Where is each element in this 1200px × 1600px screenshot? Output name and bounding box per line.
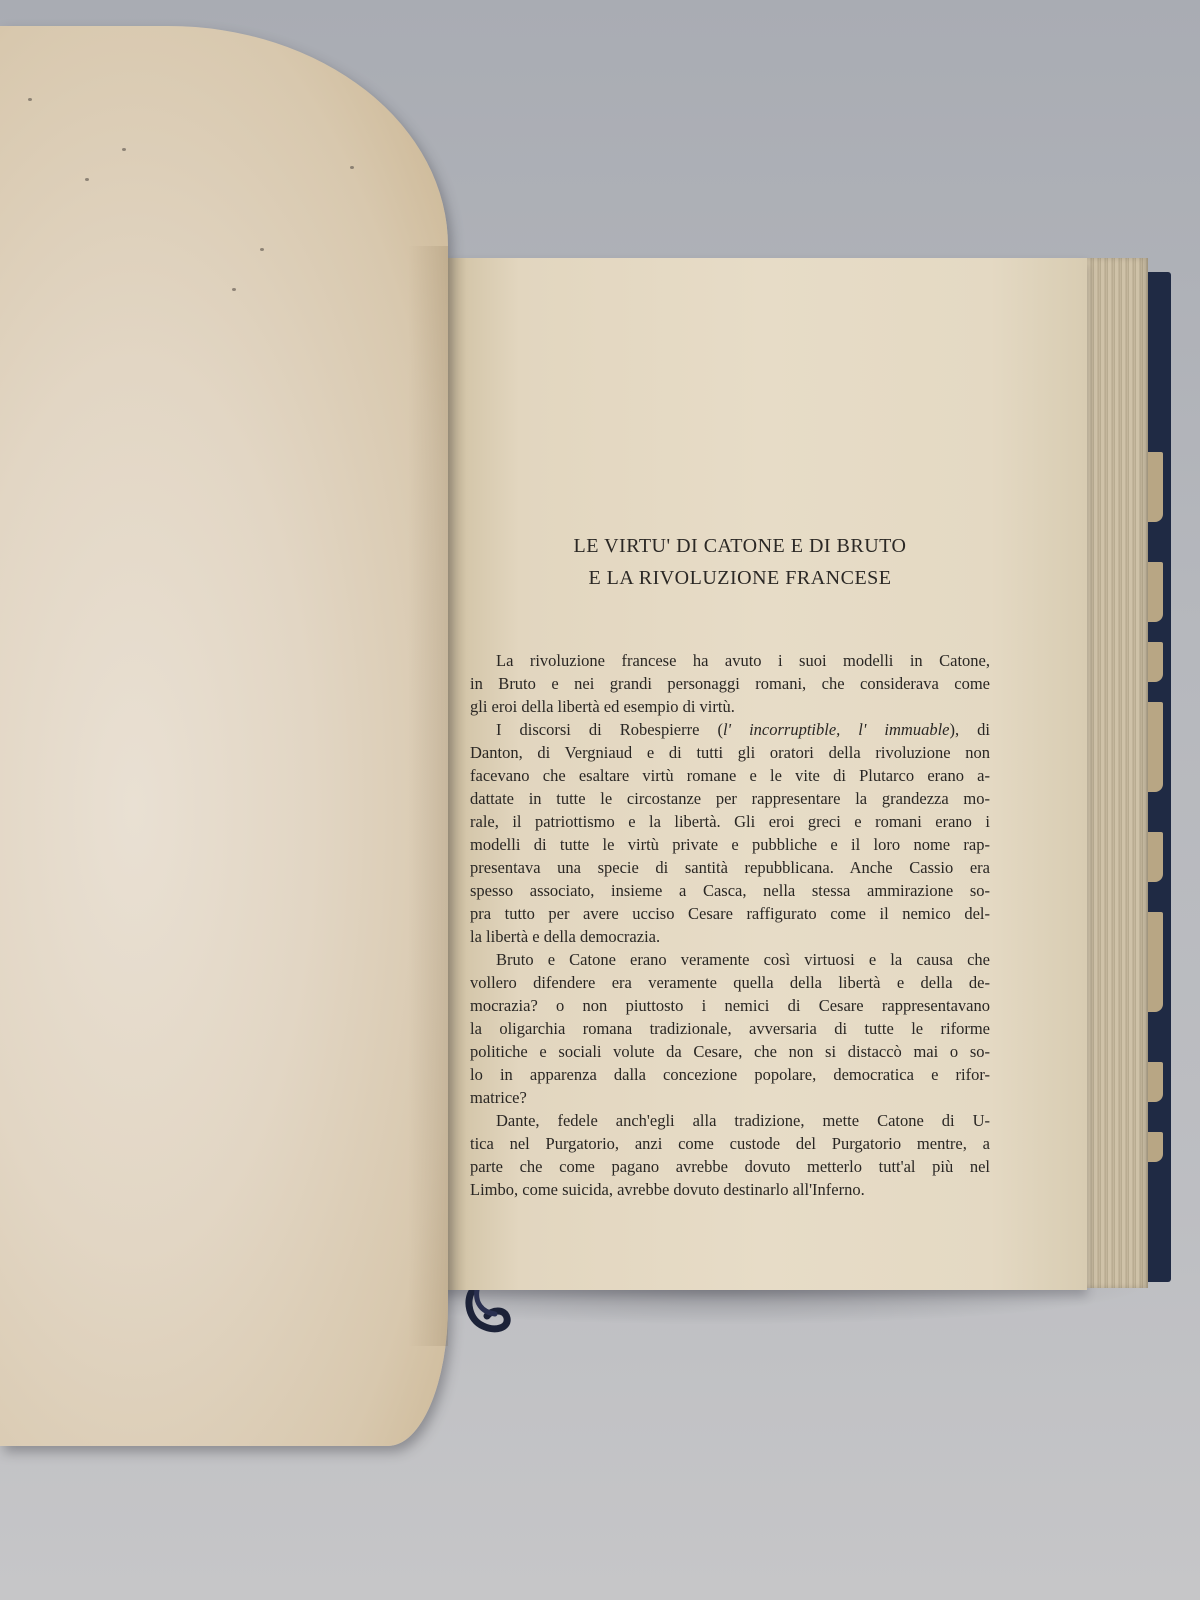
body-text: La rivoluzione francese ha avuto i suoi … — [470, 649, 990, 1201]
text-line: Limbo, come suicida, avrebbe dovuto dest… — [470, 1178, 990, 1201]
text-line: pra tutto per avere ucciso Cesare raffig… — [470, 902, 990, 925]
text-line: facevano che esaltare virtù romane e le … — [470, 764, 990, 787]
page-text: LE VIRTU' DI CATONE E DI BRUTO E LA RIVO… — [470, 530, 990, 1201]
page-edges — [1080, 258, 1148, 1288]
text-line: I discorsi di Robespierre (l' incorrupti… — [470, 718, 990, 741]
book-shadow — [430, 1285, 1150, 1325]
text-line: la libertà e della democrazia. — [470, 925, 990, 948]
left-page — [0, 26, 448, 1446]
text-line: spesso associato, insieme a Casca, nella… — [470, 879, 990, 902]
text-line: lo in apparenza dalla concezione popolar… — [470, 1063, 990, 1086]
text-line: La rivoluzione francese ha avuto i suoi … — [470, 649, 990, 672]
text-line: la oligarchia romana tradizionale, avver… — [470, 1017, 990, 1040]
bookmark-ribbon — [465, 1290, 520, 1335]
chapter-title: LE VIRTU' DI CATONE E DI BRUTO E LA RIVO… — [490, 530, 990, 594]
paragraph-1: La rivoluzione francese ha avuto i suoi … — [470, 649, 990, 718]
text-line: Dante, fedele anch'egli alla tradizione,… — [470, 1109, 990, 1132]
chapter-title-line-1: LE VIRTU' DI CATONE E DI BRUTO — [490, 530, 990, 562]
text-line: modelli di tutte le virtù private e pubb… — [470, 833, 990, 856]
text-line: tica nel Purgatorio, anzi come custode d… — [470, 1132, 990, 1155]
italic-quote: l' incorruptible, l' immuable — [723, 720, 950, 739]
text-line: in Bruto e nei grandi personaggi romani,… — [470, 672, 990, 695]
text-line: dattate in tutte le circostanze per rapp… — [470, 787, 990, 810]
text-line: mocrazia? o non piuttosto i nemici di Ce… — [470, 994, 990, 1017]
text-line: gli eroi della libertà ed esempio di vir… — [470, 695, 990, 718]
text-line: vollero difendere era veramente quella d… — [470, 971, 990, 994]
chapter-title-line-2: E LA RIVOLUZIONE FRANCESE — [490, 562, 990, 594]
paragraph-3: Bruto e Catone erano veramente così virt… — [470, 948, 990, 1109]
text-line: matrice? — [470, 1086, 990, 1109]
text-line: politiche e sociali volute da Cesare, ch… — [470, 1040, 990, 1063]
text-line: Danton, di Vergniaud e di tutti gli orat… — [470, 741, 990, 764]
text-line: Bruto e Catone erano veramente così virt… — [470, 948, 990, 971]
paragraph-2: I discorsi di Robespierre (l' incorrupti… — [470, 718, 990, 948]
paragraph-4: Dante, fedele anch'egli alla tradizione,… — [470, 1109, 990, 1201]
text-line: parte che come pagano avrebbe dovuto met… — [470, 1155, 990, 1178]
text-line: rale, il patriottismo e la libertà. Gli … — [470, 810, 990, 833]
text-line: presentava una specie di santità repubbl… — [470, 856, 990, 879]
